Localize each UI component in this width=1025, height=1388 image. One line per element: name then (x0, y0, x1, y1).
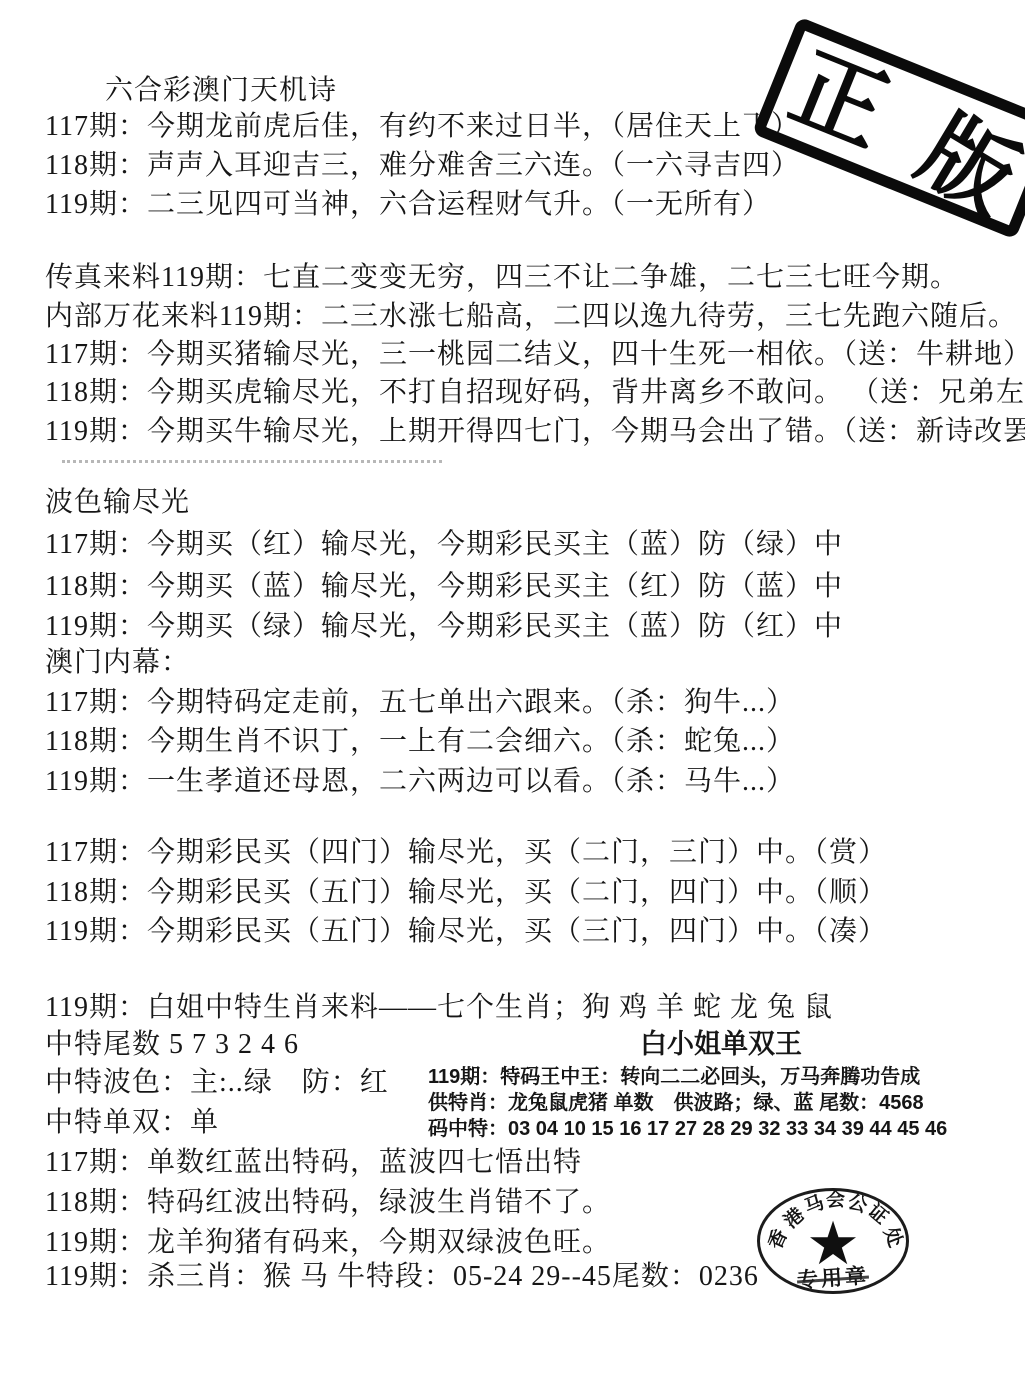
genuine-stamp-char-1: 正 (779, 41, 899, 161)
wang-line-3: 码中特：03 04 10 15 16 17 27 28 29 32 33 34 … (428, 1118, 947, 1140)
genuine-stamp: 正 版 (752, 16, 1025, 239)
baijie-zodiac-line: 119期：白姐中特生肖来料——七个生肖；狗 鸡 羊 蛇 龙 兔 鼠 (45, 993, 833, 1024)
document-page: 六合彩澳门天机诗 117期：今期龙前虎后佳，有约不来过日半，（居住天上飞） 11… (0, 0, 1025, 1388)
men-line-119: 119期：今期彩民买（五门）输尽光，买（三门，四门）中。（凑） (45, 917, 887, 948)
neimu-line-118: 118期：今期生肖不识丁，一上有二会细六。（杀：蛇兔...） (45, 727, 795, 758)
material-line-118: 118期：今期买虎输尽光，不打自招现好码，背井离乡不敢问。 （送：兄弟左右来） (45, 378, 1025, 409)
certification-seal: 香 港 马 会 公 证 处 ★ 专用章 (757, 1188, 909, 1294)
final-line-119: 119期：龙羊狗猪有码来，今期双绿波色旺。 (45, 1228, 611, 1259)
men-line-117: 117期：今期彩民买（四门）输尽光，买（二门，三门）中。（赏） (45, 838, 887, 869)
neimu-line-117: 117期：今期特码定走前，五七单出六跟来。（杀：狗牛...） (45, 688, 795, 719)
bose-heading: 波色输尽光 (45, 488, 190, 519)
bose-line-118: 118期：今期买（蓝）输尽光，今期彩民买主（红）防（蓝）中 (45, 572, 843, 603)
seal-arc-char: 会 (826, 1191, 846, 1211)
baijie-danshuang-line: 中特单双：单 (45, 1108, 219, 1139)
baijie-bose-line: 中特波色：主:..绿 防：红 (45, 1068, 389, 1099)
poem-heading: 六合彩澳门天机诗 (105, 76, 337, 107)
wang-line-1: 119期：特码王中王：转向二二必回头，万马奔腾功告成 (428, 1066, 920, 1088)
poem-line-118: 118期：声声入耳迎吉三，难分难舍三六连。（一六寻吉四） (45, 151, 800, 182)
final-line-117: 117期：单数红蓝出特码，蓝波四七悟出特 (45, 1148, 582, 1179)
erased-text-artifact (62, 460, 442, 463)
poem-line-117: 117期：今期龙前虎后佳，有约不来过日半，（居住天上飞） (45, 112, 800, 143)
bose-line-119: 119期：今期买（绿）输尽光，今期彩民买主（蓝）防（红）中 (45, 612, 843, 643)
neimu-line-119: 119期：一生孝道还母恩，二六两边可以看。（杀：马牛...） (45, 767, 795, 798)
bose-line-117: 117期：今期买（红）输尽光，今期彩民买主（蓝）防（绿）中 (45, 530, 843, 561)
neimu-heading: 澳门内幕： (45, 648, 190, 679)
final-line-118: 118期：特码红波出特码，绿波生肖错不了。 (45, 1188, 611, 1219)
material-line-117: 117期：今期买猪输尽光，三一桃园二结义，四十生死一相依。（送：牛耕地） (45, 340, 1025, 371)
men-line-118: 118期：今期彩民买（五门）输尽光，买（二门，四门）中。（顺） (45, 878, 887, 909)
wang-title: 白小姐单双王 (640, 1030, 802, 1060)
poem-line-119: 119期：二三见四可当神，六合运程财气升。（一无所有） (45, 190, 771, 221)
baijie-weishu-line: 中特尾数 5 7 3 2 4 6 (45, 1030, 299, 1061)
genuine-stamp-char-2: 版 (905, 103, 1025, 229)
wang-line-2: 供特肖：龙兔鼠虎猪 单数 供波路；绿、蓝 尾数：4568 (428, 1092, 924, 1114)
fax-material-line: 传真来料119期：七直二变变无穷，四三不让二争雄，二七三七旺今期。 (45, 263, 959, 294)
internal-material-line: 内部万花来料119期：二三水涨七船高，二四以逸九待劳，三七先跑六随后。 (45, 302, 1017, 333)
final-sha-line: 119期：杀三肖：猴 马 牛特段：05-24 29--45尾数：0236 (45, 1262, 759, 1293)
material-line-119: 119期：今期买牛输尽光，上期开得四七门，今期马会出了错。（送：新诗改罢） (45, 417, 1025, 448)
